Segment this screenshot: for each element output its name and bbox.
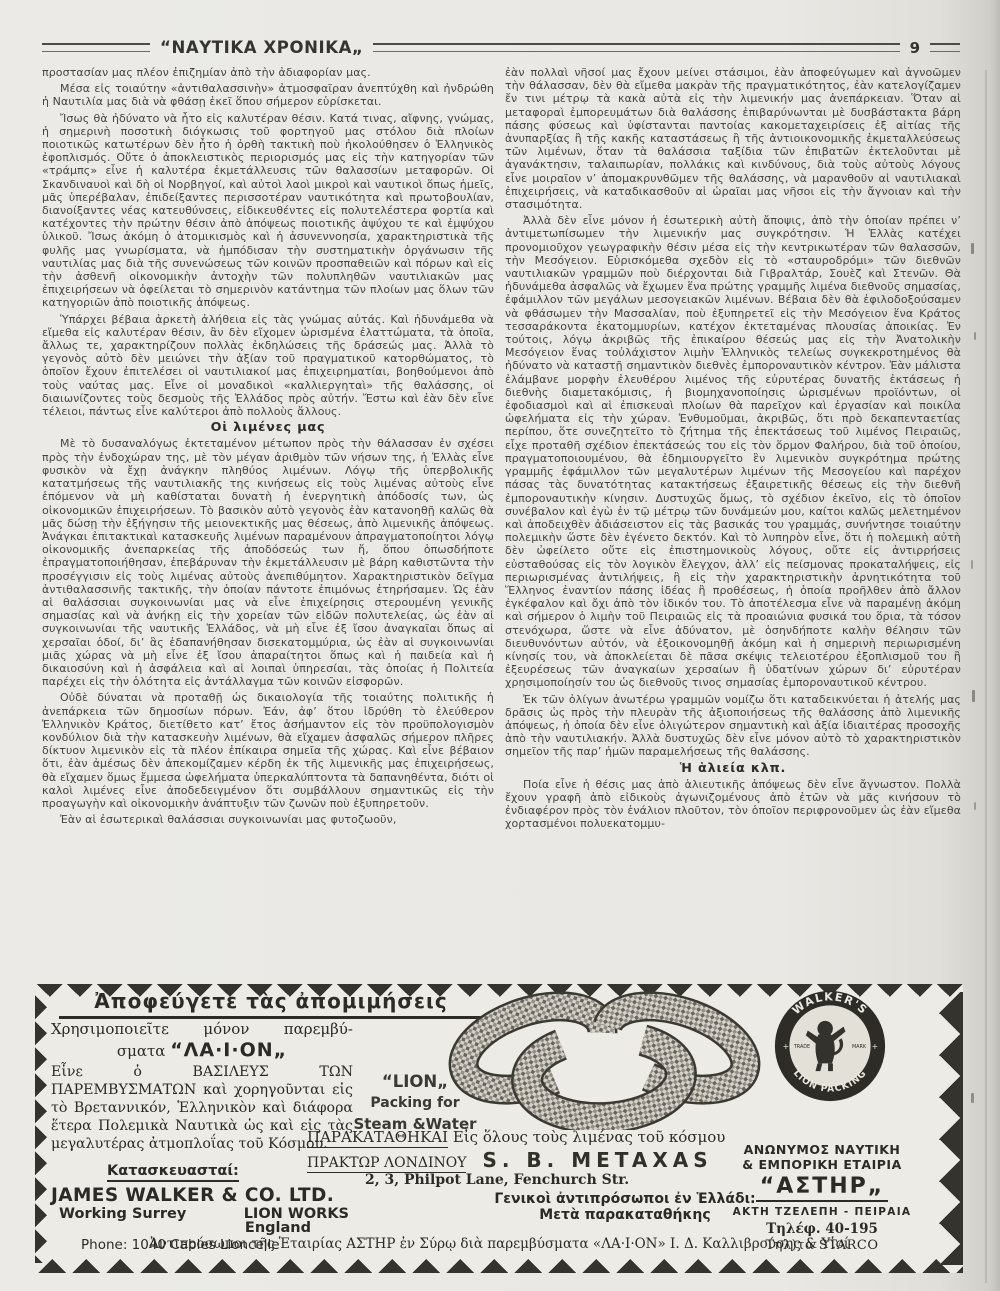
paragraph: Μὲ τὸ δυσαναλόγως ἐκτεταμένον μέτωπον πρ… [42,437,494,688]
manufacturer-country: England [51,1220,353,1236]
scan-mark [971,560,973,569]
magazine-page: “ΝΑΥΤΙΚΑ ΧΡΟΝΙΚΑ„ 9 προστασίαν μας πλέον… [0,0,1000,1291]
left-column: προστασίαν μας πλέον ἐπιζημίαν ἀπὸ τὴν ἀ… [42,66,494,982]
header-rule-left [42,43,150,52]
london-agent-label: ΠΡΑΚΤΩΡ ΛΟΝΔΙΝΟΥ [307,1155,466,1173]
packing-rings-illustration [433,990,773,1130]
ad-border-bottom [35,1259,963,1273]
paragraph: Ποία εἶνε ἡ θέσις μας ἀπὸ ἁλιευτικῆς ἀπό… [505,778,961,831]
ad-use-line2-prefix: σματα [117,1042,166,1060]
aster-address: ΑΚΤΗ ΤΖΕΛΕΠΗ - ΠΕΙΡΑΙΑ [723,1206,921,1218]
scan-mark [971,1093,974,1103]
paragraph: Ὑπάρχει βέβαια ἀρκετὴ ἀλήθεια εἰς τὰς γν… [42,313,494,419]
advertisement: Ἀποφεύγετε τὰς ἀπομιμήσεις Χρησιμοποιεῖτ… [35,984,963,1273]
paragraph: Ἐὰν αἱ ἐσωτερικαὶ θαλάσσιαι συγκοινωνίαι… [42,813,494,826]
page-number: 9 [910,39,920,57]
section-heading-fishing: Ἡ ἁλιεία κλπ. [505,762,961,775]
deposits-text: Εἰς ὅλους τοὺς λιμένας τοῦ κόσμου [453,1128,726,1146]
paragraph: Ἴσως θὰ ἠδύνατο νὰ ἦτο εἰς καλυτέραν θέσ… [42,112,494,310]
scan-edge-artifact [985,70,987,1283]
scan-mark [971,243,974,254]
aster-line2: & ΕΜΠΟΡΙΚΗ ΕΤΑΙΡΙΑ [723,1157,921,1172]
manufacturer-town: Working Surrey [59,1206,186,1222]
manufacturer-name: JAMES WALKER & CO. LTD. [51,1185,353,1206]
header-rule-middle [373,43,899,52]
ad-border-left [35,994,47,1263]
paragraph: Ἀλλὰ δὲν εἶνε μόνον ἡ ἐσωτερικὴ αὐτὴ ἄπο… [505,214,961,689]
ad-use-line1: Χρησιμοποιεῖτε μόνον παρεμβύ- [51,1020,353,1038]
header-rule-right [930,43,960,52]
aster-name: “ΑΣΤΗΡ„ [756,1174,889,1202]
publication-title: “ΝΑΥΤΙΚΑ ΧΡΟΝΙΚΑ„ [160,38,363,57]
right-column: ἐὰν πολλαὶ νῆσοί μας ἔχουν μείνει στάσιμ… [505,66,961,982]
paragraph: Ἐκ τῶν ὀλίγων ἀνωτέρω γραμμῶν νομίζω ὅτι… [505,693,961,759]
scan-mark [972,690,975,702]
manufacturers-label: Κατασκευασταί: [107,1163,239,1182]
agent-address: 2, 3, Philpot Lane, Fenchurch Str. [365,1172,629,1188]
scan-mark [974,802,976,810]
aster-phone: Τηλέφ. 40-195 [723,1221,921,1237]
paragraph: Μέσα εἰς τοιαύτην «ἀντιθαλασσινὴν» ἀτμοσ… [42,82,494,108]
scan-mark [974,332,976,340]
london-agent-row: ΠΡΑΚΤΩΡ ΛΟΝΔΙΝΟΥ S. B. METAXAS [307,1148,785,1173]
section-heading-ports: Οἱ λιμένες μας [42,421,494,434]
aster-line1: ΑΝΩΝΥΜΟΣ ΝΑΥΤΙΚΗ [723,1142,921,1157]
deposits-label: ΠΑΡΑΚΑΤΑΘΗΚΑΙ [307,1128,448,1148]
ad-footer-line: Ἀντιπρόσωποι τῆς Ἑταιρίας ΑΣΤΗΡ ἐν Σύρῳ … [69,1236,929,1252]
logo-mark-text: MARK [852,1044,867,1050]
logo-star-right: + [872,1042,878,1051]
agent-name-metaxas: S. B. METAXAS [482,1148,712,1172]
logo-trade-text: TRADE [793,1044,810,1050]
page-header: “ΝΑΥΤΙΚΑ ΧΡΟΝΙΚΑ„ 9 [42,38,960,57]
ad-border-right [939,992,963,1265]
deposits-line: ΠΑΡΑΚΑΤΑΘΗΚΑΙ Εἰς ὅλους τοὺς λιμένας τοῦ… [307,1128,785,1146]
ad-use-line2: σματα “ΛΑ·Ι·ΟΝ„ [51,1039,353,1061]
paragraph: προστασίαν μας πλέον ἐπιζημίαν ἀπὸ τὴν ἀ… [42,66,494,79]
paragraph: Οὐδὲ δύναται νὰ προταθῇ ὡς δικαιολογία τ… [42,691,494,810]
walkers-lion-packing-logo: WALKER'S LION PACKING + + TRADE MARK [772,988,888,1104]
brand-laion: “ΛΑ·Ι·ΟΝ„ [170,1039,287,1061]
ad-headline: Ἀποφεύγετε τὰς ἀπομιμήσεις [59,989,483,1019]
paragraph: ἐὰν πολλαὶ νῆσοί μας ἔχουν μείνει στάσιμ… [505,66,961,211]
logo-star-left: + [783,1042,789,1051]
